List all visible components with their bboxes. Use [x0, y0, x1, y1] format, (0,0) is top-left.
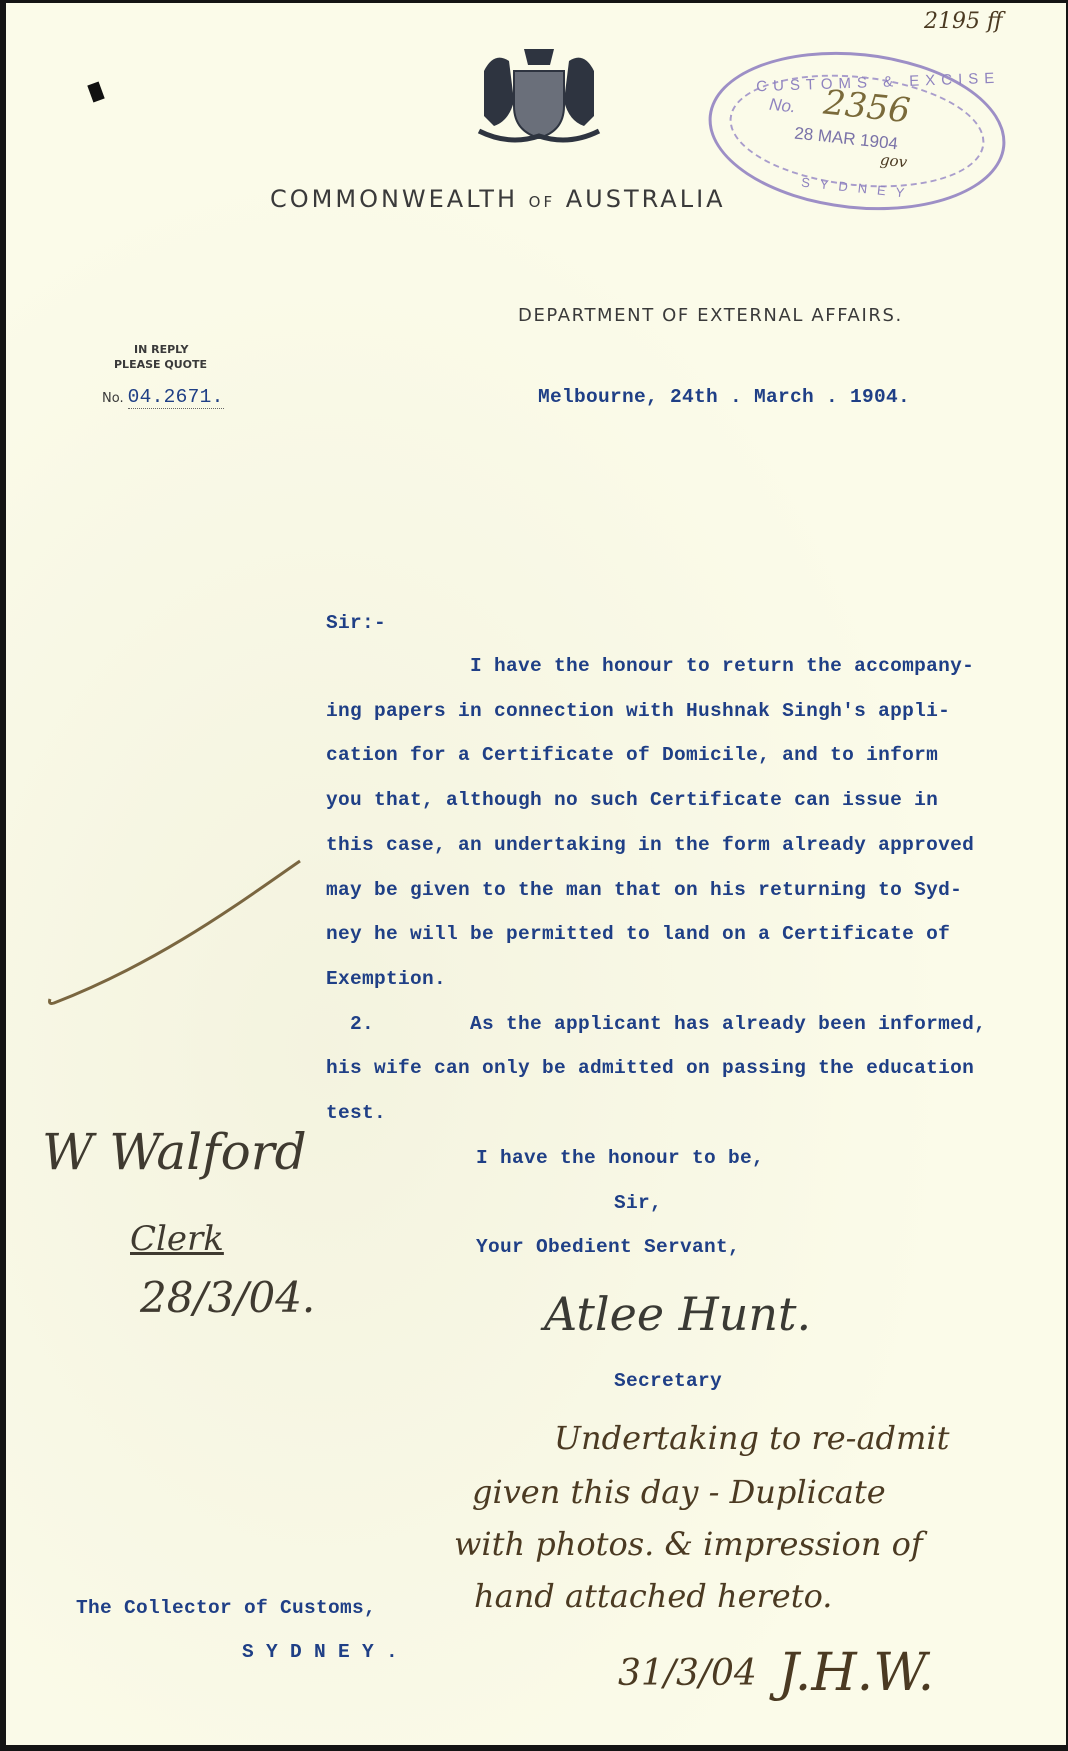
closing-line3: Your Obedient Servant, — [476, 1236, 740, 1258]
stamp-number-label: No. — [768, 95, 796, 118]
signatory-title: Secretary — [614, 1370, 722, 1392]
body-line: may be given to the man that on his retu… — [326, 879, 962, 901]
addressee-line1: The Collector of Customs, — [76, 1597, 376, 1619]
body-line: I have the honour to return the accompan… — [326, 655, 974, 677]
coat-of-arms-icon — [464, 41, 614, 151]
note-line: Undertaking to re-admit — [554, 1419, 949, 1457]
body-line: this case, an undertaking in the form al… — [326, 834, 974, 856]
ink-blot — [87, 81, 104, 102]
closing-line1: I have the honour to be, — [476, 1147, 764, 1169]
note-initials: J.H.W. — [778, 1643, 934, 1703]
title-part1: COMMONWEALTH — [270, 185, 518, 213]
body-line: cation for a Certificate of Domicile, an… — [326, 744, 938, 766]
body-line: test. — [326, 1102, 386, 1124]
reference-line2: PLEASE QUOTE — [114, 358, 207, 371]
customs-stamp: CUSTOMS & EXCISE No. 2356 28 MAR 1904 go… — [701, 38, 1014, 224]
body-line: ney he will be permitted to land on a Ce… — [326, 923, 950, 945]
closing-line2: Sir, — [614, 1192, 662, 1214]
margin-note-name: W Walford — [42, 1123, 307, 1181]
title-part3: AUSTRALIA — [566, 185, 726, 213]
body-line: 2. As the applicant has already been inf… — [326, 1013, 986, 1035]
corner-annotation: 2195 ff — [924, 9, 1003, 34]
body-line: you that, although no such Certificate c… — [326, 789, 938, 811]
addressee-line2: S Y D N E Y . — [242, 1641, 398, 1663]
body-line: Exemption. — [326, 968, 446, 990]
margin-note-date: 28/3/04. — [140, 1273, 315, 1322]
reference-line1: IN REPLY — [134, 343, 188, 356]
margin-note-abbr: Clerk — [130, 1219, 224, 1259]
salutation: Sir:- — [326, 612, 386, 634]
letter-page: CUSTOMS & EXCISE No. 2356 28 MAR 1904 go… — [6, 3, 1066, 1745]
reference-number-label: No. — [102, 391, 124, 406]
body-line: ing papers in connection with Hushnak Si… — [326, 700, 950, 722]
note-line: with photos. & impression of — [454, 1525, 923, 1563]
body-line: his wife can only be admitted on passing… — [326, 1057, 974, 1079]
title-part2: OF — [529, 193, 555, 211]
department-name: DEPARTMENT OF EXTERNAL AFFAIRS. — [518, 305, 903, 326]
reference-number-row: No. 04.2671. — [102, 386, 224, 408]
note-date: 31/3/04 — [618, 1653, 757, 1694]
reference-number: 04.2671. — [128, 386, 224, 409]
stamp-initials: gov — [879, 151, 908, 172]
secretary-signature: Atlee Hunt. — [544, 1287, 811, 1341]
margin-stroke-mark — [42, 851, 312, 1011]
note-line: given this day - Duplicate — [472, 1473, 886, 1511]
letterhead-title: COMMONWEALTH OF AUSTRALIA — [270, 185, 726, 213]
note-line: hand attached hereto. — [474, 1577, 832, 1615]
dateline: Melbourne, 24th . March . 1904. — [538, 386, 910, 408]
